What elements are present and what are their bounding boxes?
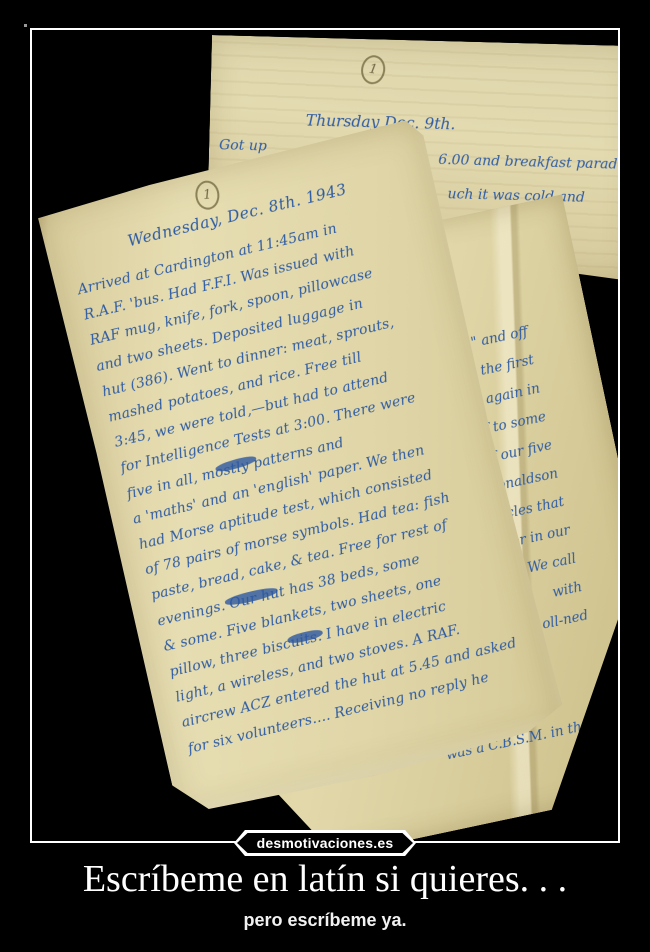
page-number-mark: 1 bbox=[194, 180, 221, 211]
page-number-mark: 1 bbox=[359, 53, 387, 86]
artifact-dot bbox=[24, 24, 27, 27]
watermark-badge: desmotivaciones.es bbox=[234, 830, 416, 856]
caption-subtitle: pero escríbeme ya. bbox=[0, 910, 650, 931]
watermark-text: desmotivaciones.es bbox=[237, 833, 413, 853]
photo-frame: 1 Thursday Dec. 9th. Got up 6.00 and bre… bbox=[30, 28, 620, 843]
poster: 1 Thursday Dec. 9th. Got up 6.00 and bre… bbox=[0, 0, 650, 952]
caption-title: Escríbeme en latín si quieres. . . bbox=[0, 856, 650, 902]
